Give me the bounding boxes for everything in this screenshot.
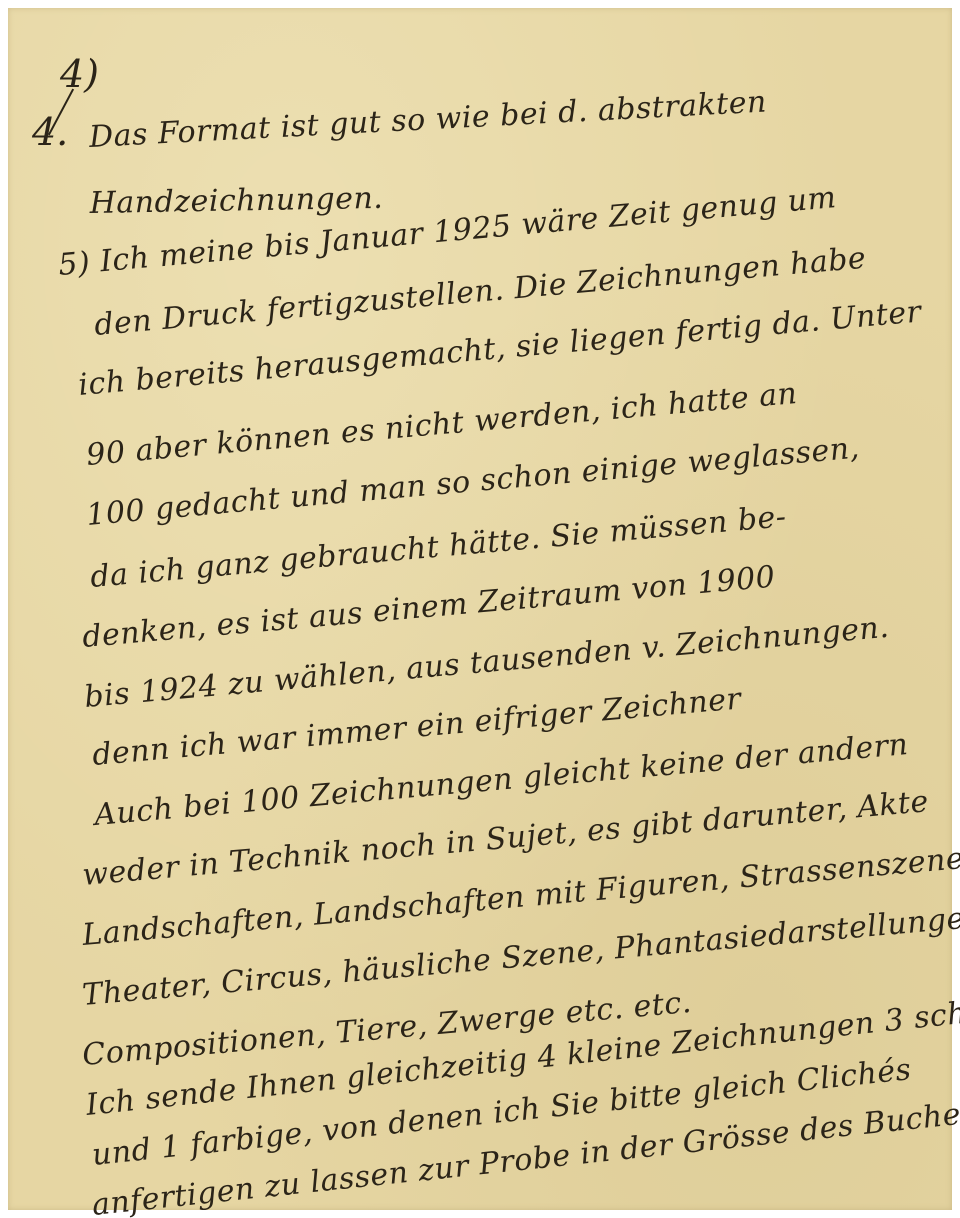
page-marker-numerator: 4) — [60, 52, 99, 96]
text-line-1: Das Format ist gut so wie bei d. abstrak… — [88, 85, 767, 155]
page-marker-denominator: 4. — [32, 110, 68, 154]
manuscript-page: 4) 4. Das Format ist gut so wie bei d. a… — [8, 8, 952, 1210]
text-line-2: Handzeichnungen. — [89, 181, 383, 221]
